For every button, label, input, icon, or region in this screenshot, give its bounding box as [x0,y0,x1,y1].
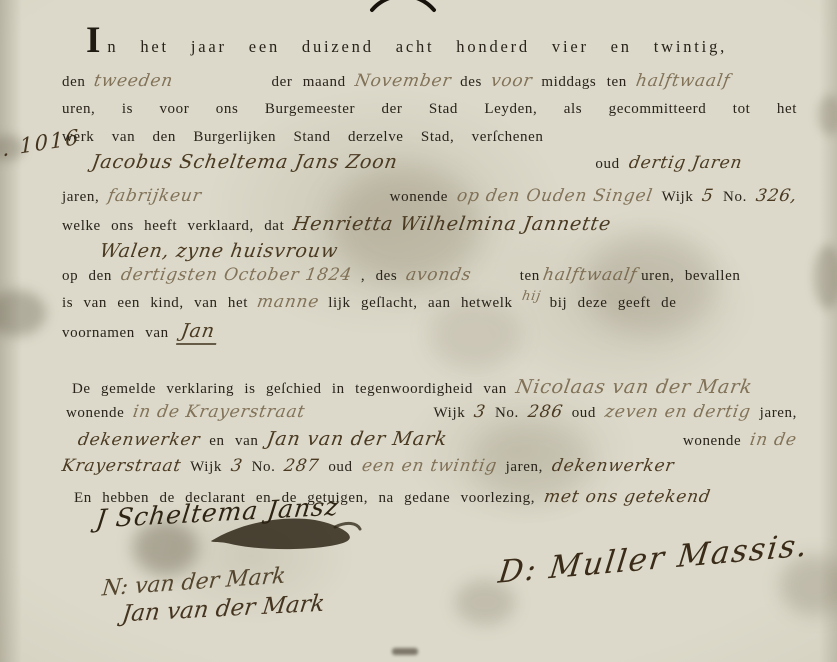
bleedthrough-mark [0,290,46,336]
handwritten-date: dertigsten October 1824 [119,265,353,285]
handwritten-number: 326, [754,186,798,206]
scanned-birth-record: . 1016 In het jaar een duizend acht hond… [0,0,837,662]
printed-text: uren, is voor ons Burgemeester der Stad … [62,101,797,117]
document-line: jaren, fabrijkeur wonende op den Ouden S… [62,186,797,206]
handwritten-text: manne [255,292,320,312]
printed-text: n het jaar een duizend acht honderd vier… [107,37,727,56]
printed-text: Wijk [662,189,694,206]
handwritten-text: avonds [405,265,474,285]
printed-text: welke ons heeft verklaard, dat [62,218,284,235]
handwritten-address: in de Krayerstraat [132,402,307,422]
printed-text: No. [723,189,747,206]
printed-text: is van een kind, van het [62,295,248,312]
printed-text: op den [62,268,112,285]
bleedthrough-mark [818,95,837,135]
printed-text: wonende [390,189,448,206]
printed-text: ten [520,268,540,285]
printed-text: oud [572,405,596,422]
handwritten-declarant-name: Jacobus Scheltema Jans Zoon [90,151,399,173]
document-line: In het jaar een duizend acht honderd vie… [86,26,795,57]
signature-official: D: Muller Massis. [496,527,811,591]
handwritten-address: Krayerstraat [60,456,182,476]
speck [392,648,418,655]
document-line: welke ons heeft verklaard, dat Henrietta… [62,213,797,235]
document-line: den tweeden der maand November des voor … [62,71,797,91]
handwritten-text: November [353,71,453,91]
handwritten-occupation: dekenwerker [76,430,201,450]
printed-text: De gemelde verklaring is geſchied in teg… [72,381,507,398]
printed-text: des [460,74,482,91]
handwritten-text: met ons getekend [543,487,713,507]
printed-text: en van [209,433,258,450]
handwritten-text: dertig Jaren [627,153,743,173]
handwritten-number: 287 [283,456,321,476]
printed-text: Wijk [190,459,222,476]
document-line: is van een kind, van het manne lijk geſl… [62,292,797,312]
handwritten-witness-name: Jan van der Mark [266,428,450,450]
handwritten-witness-name: Nicolaas van der Mark [514,376,754,398]
handwritten-occupation: dekenwerker [550,456,675,476]
printed-text: middags ten [541,74,627,91]
handwritten-text: in de [749,430,799,450]
printed-text: , des [361,268,398,285]
printed-text: bij deze geeft de [550,295,677,312]
handwritten-mother-name: Henrietta Wilhelmina Jannette [292,213,614,235]
handwritten-text: halftwaalf [634,71,731,91]
document-line: voornamen van Jan [62,320,797,345]
handwritten-text: tweeden [93,71,175,91]
document-line: wonende in de Krayerstraat Wijk 3 No. 28… [66,402,797,422]
handwritten-age: een en twintig [360,456,498,476]
handwritten-child-name: Jan [176,320,220,345]
page-ornament [368,0,438,13]
printed-text: der maand [271,74,345,91]
handwritten-time: halftwaalf [541,265,638,285]
printed-text: uren, bevallen [641,268,740,285]
printed-text: oud [328,459,352,476]
printed-text: jaren, [62,189,99,206]
handwritten-number: 3 [229,456,244,476]
document-line: dekenwerker en van Jan van der Mark wone… [78,428,797,450]
handwritten-age: zeven en dertig [603,402,752,422]
printed-text: den [62,74,85,91]
handwritten-address: op den Ouden Singel [455,186,654,206]
printed-text: No. [495,405,519,422]
printed-text: No. [252,459,276,476]
handwritten-insertion: hij [520,289,541,304]
printed-text: jaren, [506,459,543,476]
document-line: Krayerstraat Wijk 3 No. 287 oud een en t… [62,456,797,476]
document-line: uren, is voor ons Burgemeester der Stad … [62,100,797,118]
printed-text: wonende [683,433,741,450]
handwritten-number: 286 [526,402,564,422]
document-line: Walen, zyne huisvrouw [100,240,797,262]
document-line: werk van den Burgerlijken Stand derzelve… [62,128,797,146]
printed-text: jaren, [760,405,797,422]
printed-text: wonende [66,405,124,422]
bleedthrough-mark [814,245,837,309]
document-line: Jacobus Scheltema Jans Zoon oud dertig J… [92,151,742,173]
document-line: De gemelde verklaring is geſchied in teg… [72,376,797,398]
printed-text: werk van den Burgerlijken Stand derzelve… [62,129,543,145]
handwritten-number: 3 [473,402,488,422]
printed-text: oud [595,156,619,173]
printed-text: Wijk [434,405,466,422]
printed-text: voornamen van [62,325,169,342]
handwritten-occupation: fabrijkeur [107,186,204,206]
printed-dropcap: I [86,20,100,61]
handwritten-text: voor [489,71,534,91]
document-line: op den dertigsten October 1824 , des avo… [62,265,797,285]
handwritten-text: Walen, zyne huisvrouw [98,240,339,262]
printed-text: lijk geſlacht, aan hetwelk [328,295,512,312]
handwritten-number: 5 [701,186,716,206]
